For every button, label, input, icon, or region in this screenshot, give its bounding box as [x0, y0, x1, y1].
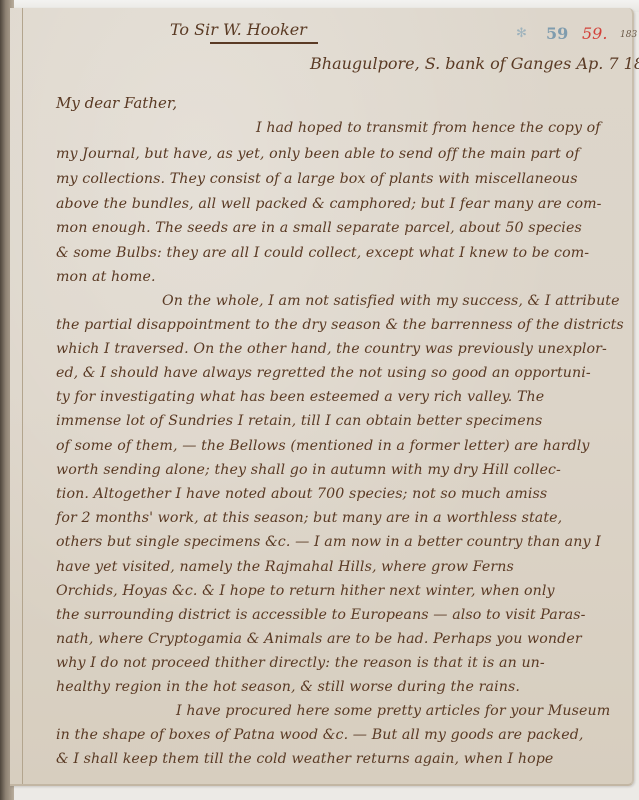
- letter-heading: To Sir W. Hooker: [170, 20, 307, 39]
- folio-number-small: 183: [620, 30, 637, 40]
- folio-number-red: 59.: [582, 24, 607, 43]
- letter-line: the partial disappointment to the dry se…: [56, 317, 624, 333]
- letter-line: in the shape of boxes of Patna wood &c. …: [56, 727, 584, 743]
- letter-dateline: Bhaugulpore, S. bank of Ganges Ap. 7 184…: [310, 54, 639, 73]
- archive-stamp-icon: ✻: [516, 26, 527, 41]
- letter-line: Orchids, Hoyas &c. & I hope to return hi…: [56, 583, 555, 599]
- letter-line: which I traversed. On the other hand, th…: [56, 341, 607, 357]
- letter-line: have yet visited, namely the Rajmahal Hi…: [56, 559, 514, 575]
- letter-line: nath, where Cryptogamia & Animals are to…: [56, 631, 582, 647]
- letter-line: above the bundles, all well packed & cam…: [56, 196, 602, 212]
- letter-line: worth sending alone; they shall go in au…: [56, 462, 561, 478]
- letter-line: mon at home.: [56, 269, 156, 285]
- letter-line: of some of them, — the Bellows (mentione…: [56, 438, 590, 454]
- letter-line: ty for investigating what has been estee…: [56, 389, 544, 405]
- letter-line: ed, & I should have always regretted the…: [56, 365, 591, 381]
- folio-number-blue: 59: [546, 24, 568, 43]
- letter-line: immense lot of Sundries I retain, till I…: [56, 413, 542, 429]
- letter-line: my Journal, but have, as yet, only been …: [56, 146, 580, 162]
- letter-line: mon enough. The seeds are in a small sep…: [56, 220, 582, 236]
- letter-line: why I do not proceed thither directly: t…: [56, 655, 545, 671]
- letter-line: the surrounding district is accessible t…: [56, 607, 586, 623]
- letter-line: healthy region in the hot season, & stil…: [56, 679, 520, 695]
- letter-line: I had hoped to transmit from hence the c…: [256, 120, 601, 136]
- letter-salutation: My dear Father,: [56, 94, 177, 112]
- letter-line: my collections. They consist of a large …: [56, 171, 578, 187]
- letter-line: I have procured here some pretty article…: [176, 703, 610, 719]
- letter-line: On the whole, I am not satisfied with my…: [162, 293, 620, 309]
- letter-line: & some Bulbs: they are all I could colle…: [56, 245, 589, 261]
- letter-line: tion. Altogether I have noted about 700 …: [56, 486, 547, 502]
- letter-line: & I shall keep them till the cold weathe…: [56, 751, 553, 767]
- letter-line: for 2 months' work, at this season; but …: [56, 510, 562, 526]
- manuscript-page: To Sir W. Hooker ✻ 59 59. 183 Bhaugulpor…: [10, 8, 634, 786]
- page-gutter-line: [22, 8, 23, 784]
- heading-underline: [210, 42, 318, 44]
- letter-line: others but single specimens &c. — I am n…: [56, 534, 601, 550]
